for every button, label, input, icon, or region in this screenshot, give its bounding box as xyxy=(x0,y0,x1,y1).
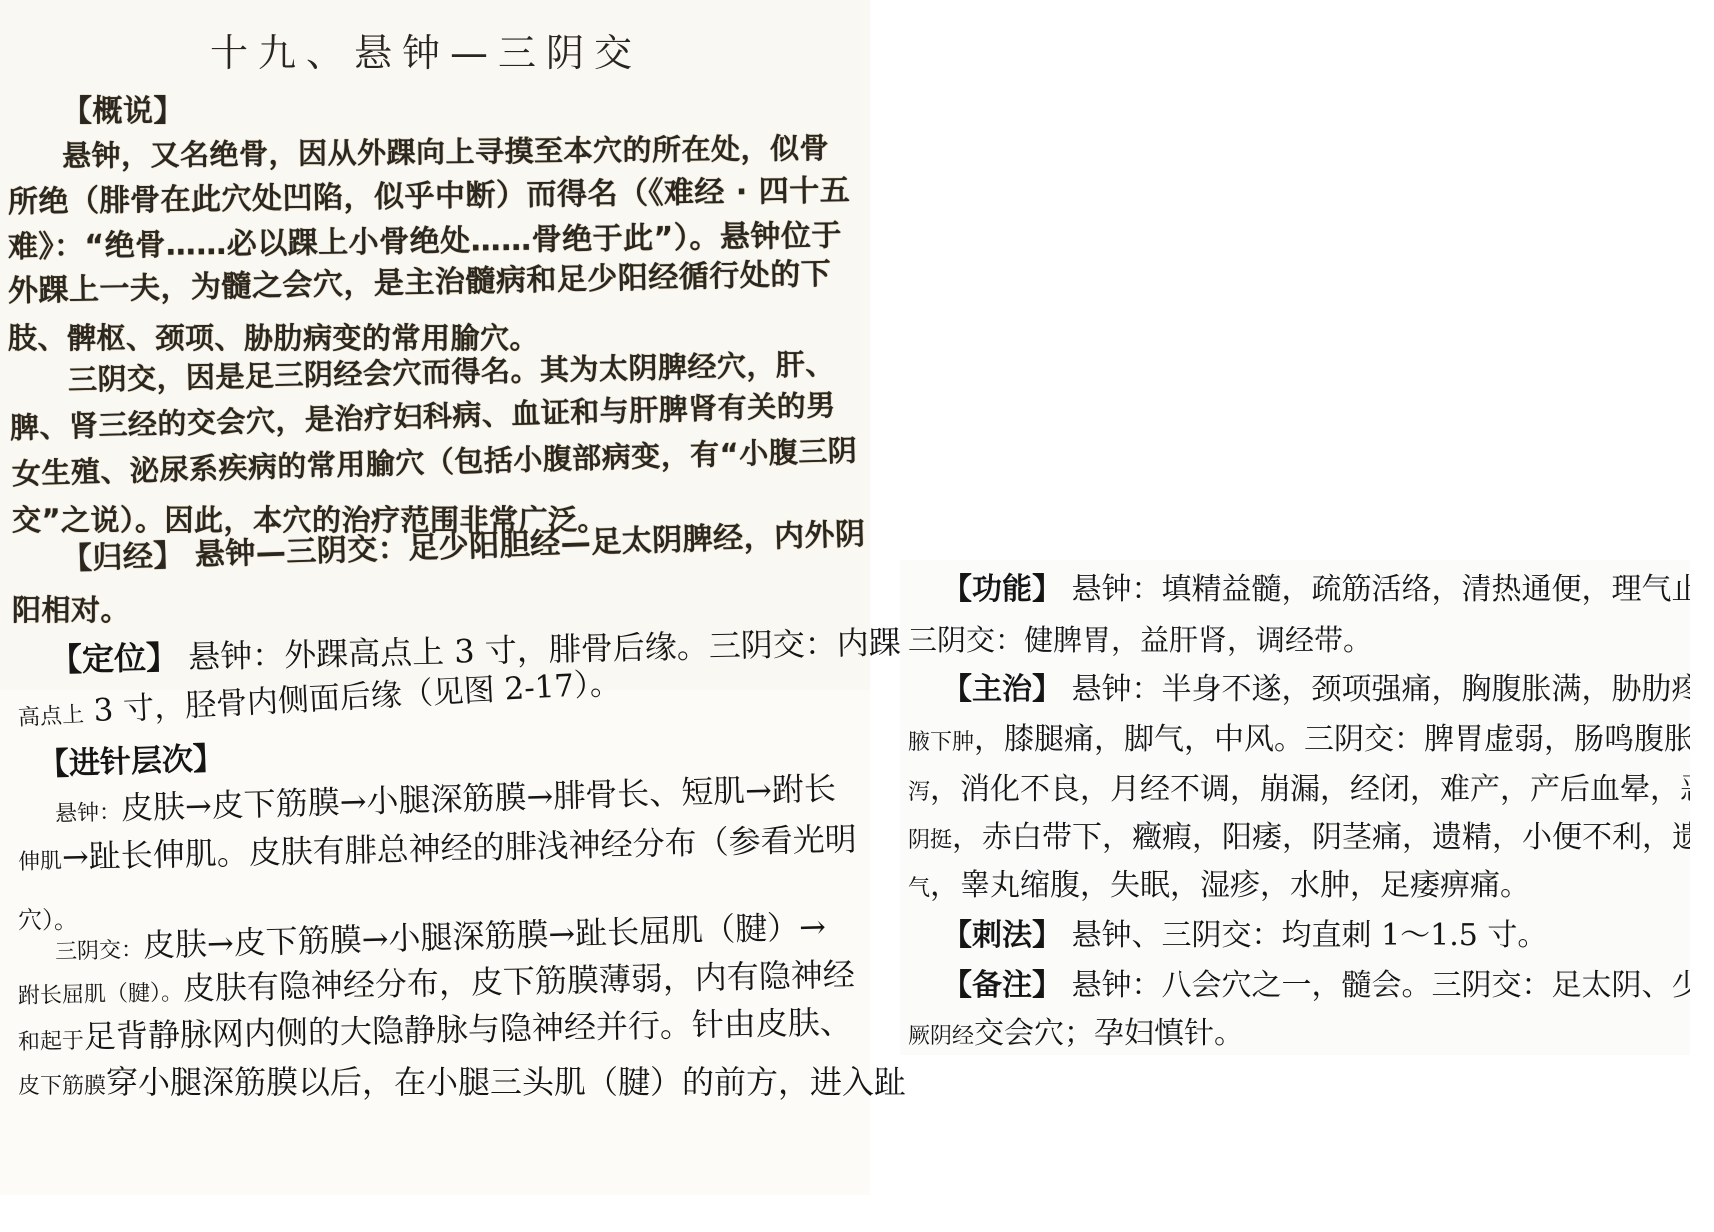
meridian-label: 【归经】 xyxy=(61,538,184,577)
indications-row: 【主治】 悬钟：半身不遂，颈项强痛，胸腹胀满，胁肋疼 xyxy=(942,670,1690,710)
section-title: 十九、悬钟—三阴交 xyxy=(210,22,642,77)
indications-label: 【主治】 xyxy=(942,672,1062,707)
overview-label: 【概说】 xyxy=(62,92,184,132)
meridian-continuation: 阳相对。 xyxy=(12,590,130,630)
function-text: 悬钟：填精益髓，疏筋活络，清热通便，理气止 xyxy=(1072,572,1690,607)
function-continuation: 三阴交：健脾胃，益肝肾，调经带。 xyxy=(908,620,1372,660)
needling-layers-label: 【进针层次】 xyxy=(37,739,224,785)
location-lead: 高点上 xyxy=(17,703,84,731)
indications-text: 悬钟：半身不遂，颈项强痛，胸腹胀满，胁肋疼 xyxy=(1072,672,1690,707)
needling-method-row: 【刺法】 悬钟、三阴交：均直刺 1～1.5 寸。 xyxy=(942,916,1547,956)
notes-continuation-row: 厥阴经交会穴；孕妇慎针。 xyxy=(908,1014,1244,1055)
function-label: 【功能】 xyxy=(942,572,1062,607)
overview-line-1: 悬钟，又名绝骨，因从外踝向上寻摸至本穴的所在处，似骨 xyxy=(62,128,829,176)
function-row: 【功能】 悬钟：填精益髓，疏筋活络，清热通便，理气止 xyxy=(942,570,1690,610)
indications-line-1: 腋下肿，膝腿痛，脚气，中风。三阴交：脾胃虚弱，肠鸣腹胀 xyxy=(908,720,1690,763)
indications-line-2: 泻，消化不良，月经不调，崩漏，经闭，难产，产后血晕，恶露不 xyxy=(908,770,1690,813)
notes-label: 【备注】 xyxy=(942,968,1062,1003)
needling-line-7: 皮下筋膜穿小腿深筋膜以后，在小腿三头肌（腱）的前方，进入趾 xyxy=(18,1062,906,1102)
needling-method-label: 【刺法】 xyxy=(942,918,1062,953)
needling-method-text: 悬钟、三阴交：均直刺 1～1.5 寸。 xyxy=(1072,918,1548,953)
location-label: 【定位】 xyxy=(50,638,179,679)
notes-row: 【备注】 悬钟：八会穴之一，髓会。三阴交：足太阴、少 xyxy=(942,966,1690,1006)
notes-text: 悬钟：八会穴之一，髓会。三阴交：足太阴、少 xyxy=(1072,968,1690,1003)
indications-line-3: 阴挺，赤白带下，癥瘕，阳痿，阴茎痛，遗精，小便不利，遗尿 xyxy=(908,818,1690,861)
right-page-content: 【功能】 悬钟：填精益髓，疏筋活络，清热通便，理气止 三阴交：健脾胃，益肝肾，调… xyxy=(900,560,1690,1055)
indications-line-4: 气，睾丸缩腹，失眠，湿疹，水肿，足痿痹痛。 xyxy=(908,866,1530,909)
